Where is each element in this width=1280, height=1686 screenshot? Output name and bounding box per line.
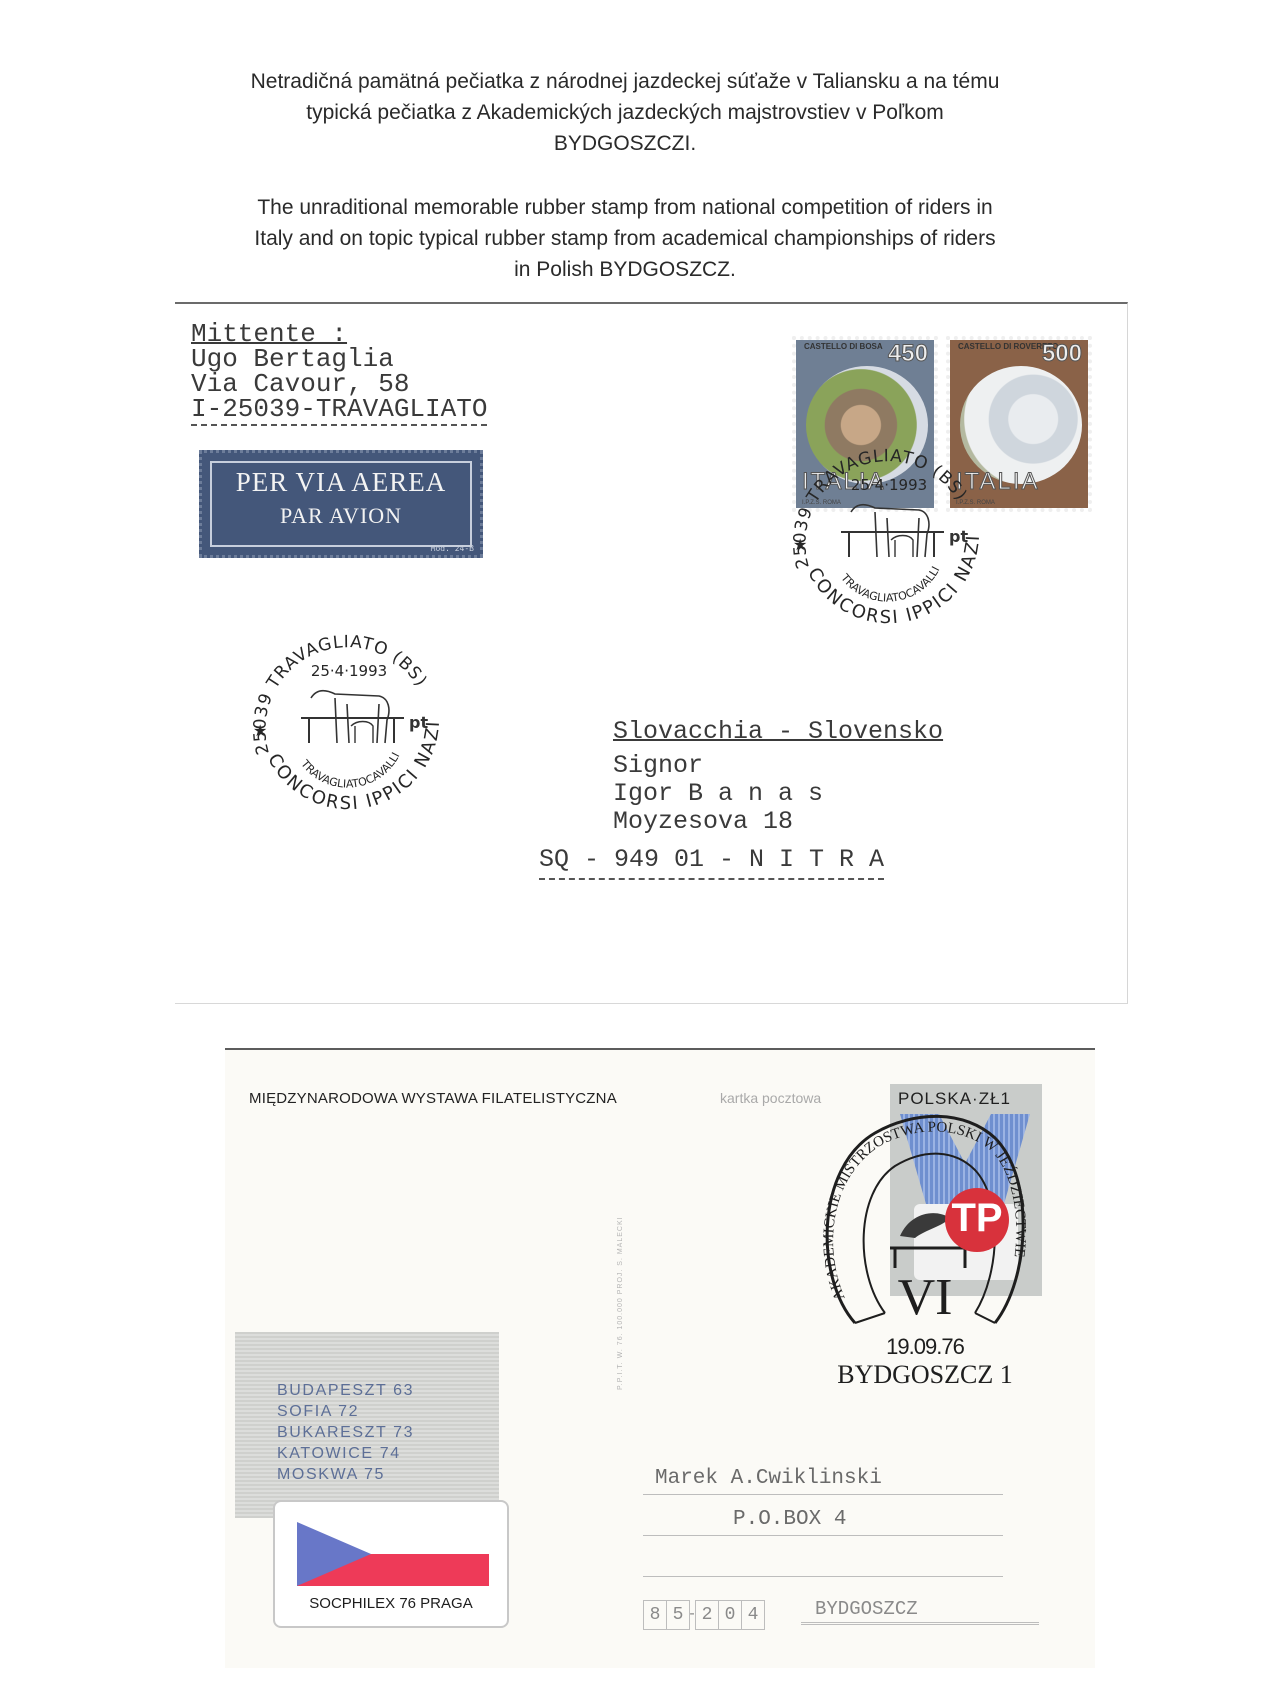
postcard-address: Marek A.Cwiklinski P.O.BOX 4 [643,1454,1003,1577]
postmark-travagliato-on-stamps: 25039 TRAVAGLIATO (BS)CONCORSI IPPICI NA… [779,432,999,652]
caption-english: The unraditional memorable rubber stamp … [160,192,1090,285]
caption-line: The unraditional memorable rubber stamp … [160,192,1090,223]
airmail-label-line2: PAR AVION [202,503,480,529]
svg-text:pt: pt [409,713,428,732]
caption-line: Netradičná pamätná pečiatka z národnej j… [160,66,1090,97]
caption-slovak: Netradičná pamätná pečiatka z národnej j… [160,66,1090,159]
svg-text:★: ★ [253,723,267,740]
caption-line: typická pečiatka z Akademických jazdecký… [160,97,1090,128]
recipient-address: Slovacchia - Slovensko Signor Igor B a n… [613,718,943,836]
svg-text:★: ★ [793,537,807,554]
sender-address: Mittente : Ugo Bertaglia Via Cavour, 58 … [191,322,487,426]
svg-text:pt: pt [949,527,968,546]
svg-text:25·4·1993: 25·4·1993 [311,662,387,680]
postmark-date: 19.09.76 [815,1334,1035,1360]
postal-code-boxes: 8 5 - 2 0 4 [643,1600,764,1628]
recipient-city: SQ - 949 01 - N I T R A [539,845,884,880]
caption-line: Italy and on topic typical rubber stamp … [160,223,1090,254]
sender-city: I-25039-TRAVAGLIATO [191,397,487,426]
printer-note: P.P.I.T. W. 76. 100.000 PROJ. S. MALECKI [617,1216,624,1390]
airmail-label: PER VIA AEREA PAR AVION Mod. 24-B [199,450,483,558]
stamp-value: 450 [888,340,928,368]
stamp-value: 500 [1042,340,1082,368]
stamp-title: CASTELLO DI BOSA [804,343,883,351]
list-item: KATOWICE 74 [277,1443,414,1464]
horse-postmark-icon: 25039 TRAVAGLIATO (BS)CONCORSI IPPICI NA… [239,618,459,838]
czechoslovak-flag-icon [297,1522,489,1586]
postcard-kind: kartka pocztowa [720,1090,821,1106]
socphilex-stamp: SOCPHILEX 76 PRAGA [273,1500,509,1628]
airmail-envelope: Mittente : Ugo Bertaglia Via Cavour, 58 … [175,302,1128,1004]
socphilex-label: SOCPHILEX 76 PRAGA [275,1595,507,1612]
airmail-label-model: Mod. 24-B [431,544,474,553]
tp-logo-icon: TP [945,1188,1009,1252]
exhibition-list: BUDAPESZT 63 SOFIA 72 BUKARESZT 73 KATOW… [277,1380,414,1485]
exhibition-panel: BUDAPESZT 63 SOFIA 72 BUKARESZT 73 KATOW… [235,1332,499,1518]
svg-text:25·4·1993: 25·4·1993 [851,476,927,494]
recipient-title: Signor [613,752,943,780]
address-line [643,1536,1003,1577]
list-item: MOSKWA 75 [277,1464,414,1485]
recipient-country: Slovacchia - Slovensko [613,718,943,746]
caption-line: in Polish BYDGOSZCZ. [160,254,1090,285]
postcard-header: MIĘDZYNARODOWA WYSTAWA FILATELISTYCZNA [249,1090,617,1107]
list-item: BUDAPESZT 63 [277,1380,414,1401]
postmark-bydgoszcz: AKADEMICKIE MISTRZOSTWA POLSKI W JEŹDZIE… [815,1108,1035,1378]
address-line: Marek A.Cwiklinski [643,1454,1003,1495]
postcard: MIĘDZYNARODOWA WYSTAWA FILATELISTYCZNA k… [225,1048,1095,1668]
list-item: BUKARESZT 73 [277,1422,414,1443]
airmail-label-line1: PER VIA AEREA [202,467,480,498]
address-line: P.O.BOX 4 [643,1495,1003,1536]
recipient-name: Igor B a n a s [613,780,943,808]
postmark-city: BYDGOSZCZ 1 [795,1360,1055,1390]
list-item: SOFIA 72 [277,1401,414,1422]
postmark-roman-numeral: VI [815,1268,1035,1327]
horse-postmark-icon: 25039 TRAVAGLIATO (BS)CONCORSI IPPICI NA… [779,432,999,652]
postmark-travagliato: 25039 TRAVAGLIATO (BS)CONCORSI IPPICI NA… [239,618,459,838]
imprinted-stamp-label: POLSKA·ZŁ1 [898,1089,1011,1109]
caption-line: BYDGOSZCZI. [160,128,1090,159]
recipient-city-line: SQ - 949 01 - N I T R A [539,846,884,874]
postcard-city: BYDGOSZCZ [801,1598,1039,1625]
recipient-street: Moyzesova 18 [613,808,943,836]
